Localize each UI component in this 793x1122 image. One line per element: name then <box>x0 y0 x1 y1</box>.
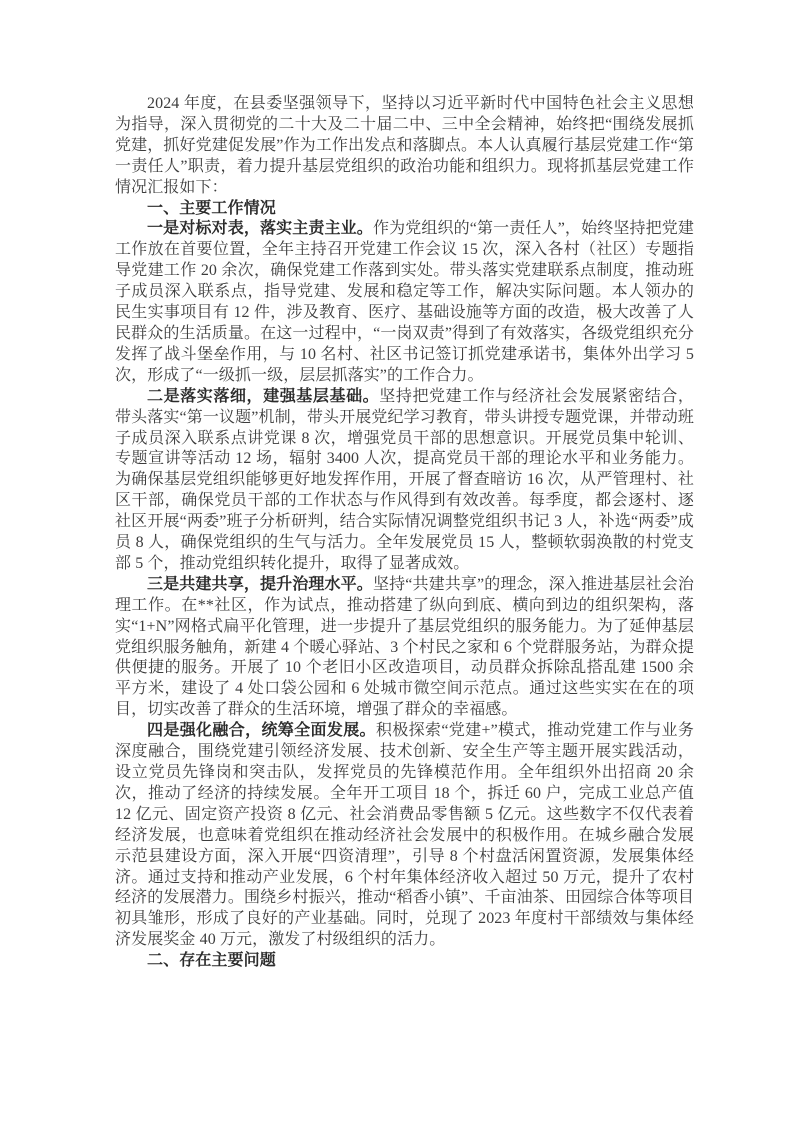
paragraph-governance: 三是共建共享，提升治理水平。坚持“共建共享”的理念，深入推进基层社会治理工作。在… <box>115 575 694 721</box>
paragraph-body: 积极探索“党建+”模式，推动党建工作与业务深度融合，围绕党建引领经济发展、技术创… <box>115 722 694 948</box>
document-page: 2024 年度，在县委坚强领导下，坚持以习近平新时代中国特色社会主义思想为指导，… <box>0 0 793 1122</box>
document-content: 2024 年度，在县委坚强领导下，坚持以习近平新时代中国特色社会主义思想为指导，… <box>115 94 694 972</box>
intro-paragraph: 2024 年度，在县委坚强领导下，坚持以习近平新时代中国特色社会主义思想为指导，… <box>115 94 694 199</box>
paragraph-body: 作为党组织的“第一责任人”，始终坚持把党建工作放在首要位置，全年主持召开党建工作… <box>115 220 694 383</box>
paragraph-duty-alignment: 一是对标对表，落实主责主业。作为党组织的“第一责任人”，始终坚持把党建工作放在首… <box>115 219 694 386</box>
paragraph-body: 坚持把党建工作与经济社会发展紧密结合，带头落实“第一议题”机制，带头开展党纪学习… <box>115 388 694 572</box>
paragraph-lead: 四是强化融合，统筹全面发展。 <box>147 722 376 739</box>
paragraph-integrated-development: 四是强化融合，统筹全面发展。积极探索“党建+”模式，推动党建工作与业务深度融合，… <box>115 721 694 951</box>
paragraph-body: 坚持“共建共享”的理念，深入推进基层社会治理工作。在**社区，作为试点，推动搭建… <box>115 576 694 718</box>
paragraph-lead: 一是对标对表，落实主责主业。 <box>147 220 373 237</box>
paragraph-lead: 二是落实落细，建强基层基础。 <box>147 388 379 405</box>
section-heading-problems: 二、存在主要问题 <box>115 951 694 972</box>
paragraph-lead: 三是共建共享，提升治理水平。 <box>147 576 373 593</box>
paragraph-grassroots-foundation: 二是落实落细，建强基层基础。坚持把党建工作与经济社会发展紧密结合，带头落实“第一… <box>115 387 694 575</box>
section-heading-main-work: 一、主要工作情况 <box>115 199 694 220</box>
